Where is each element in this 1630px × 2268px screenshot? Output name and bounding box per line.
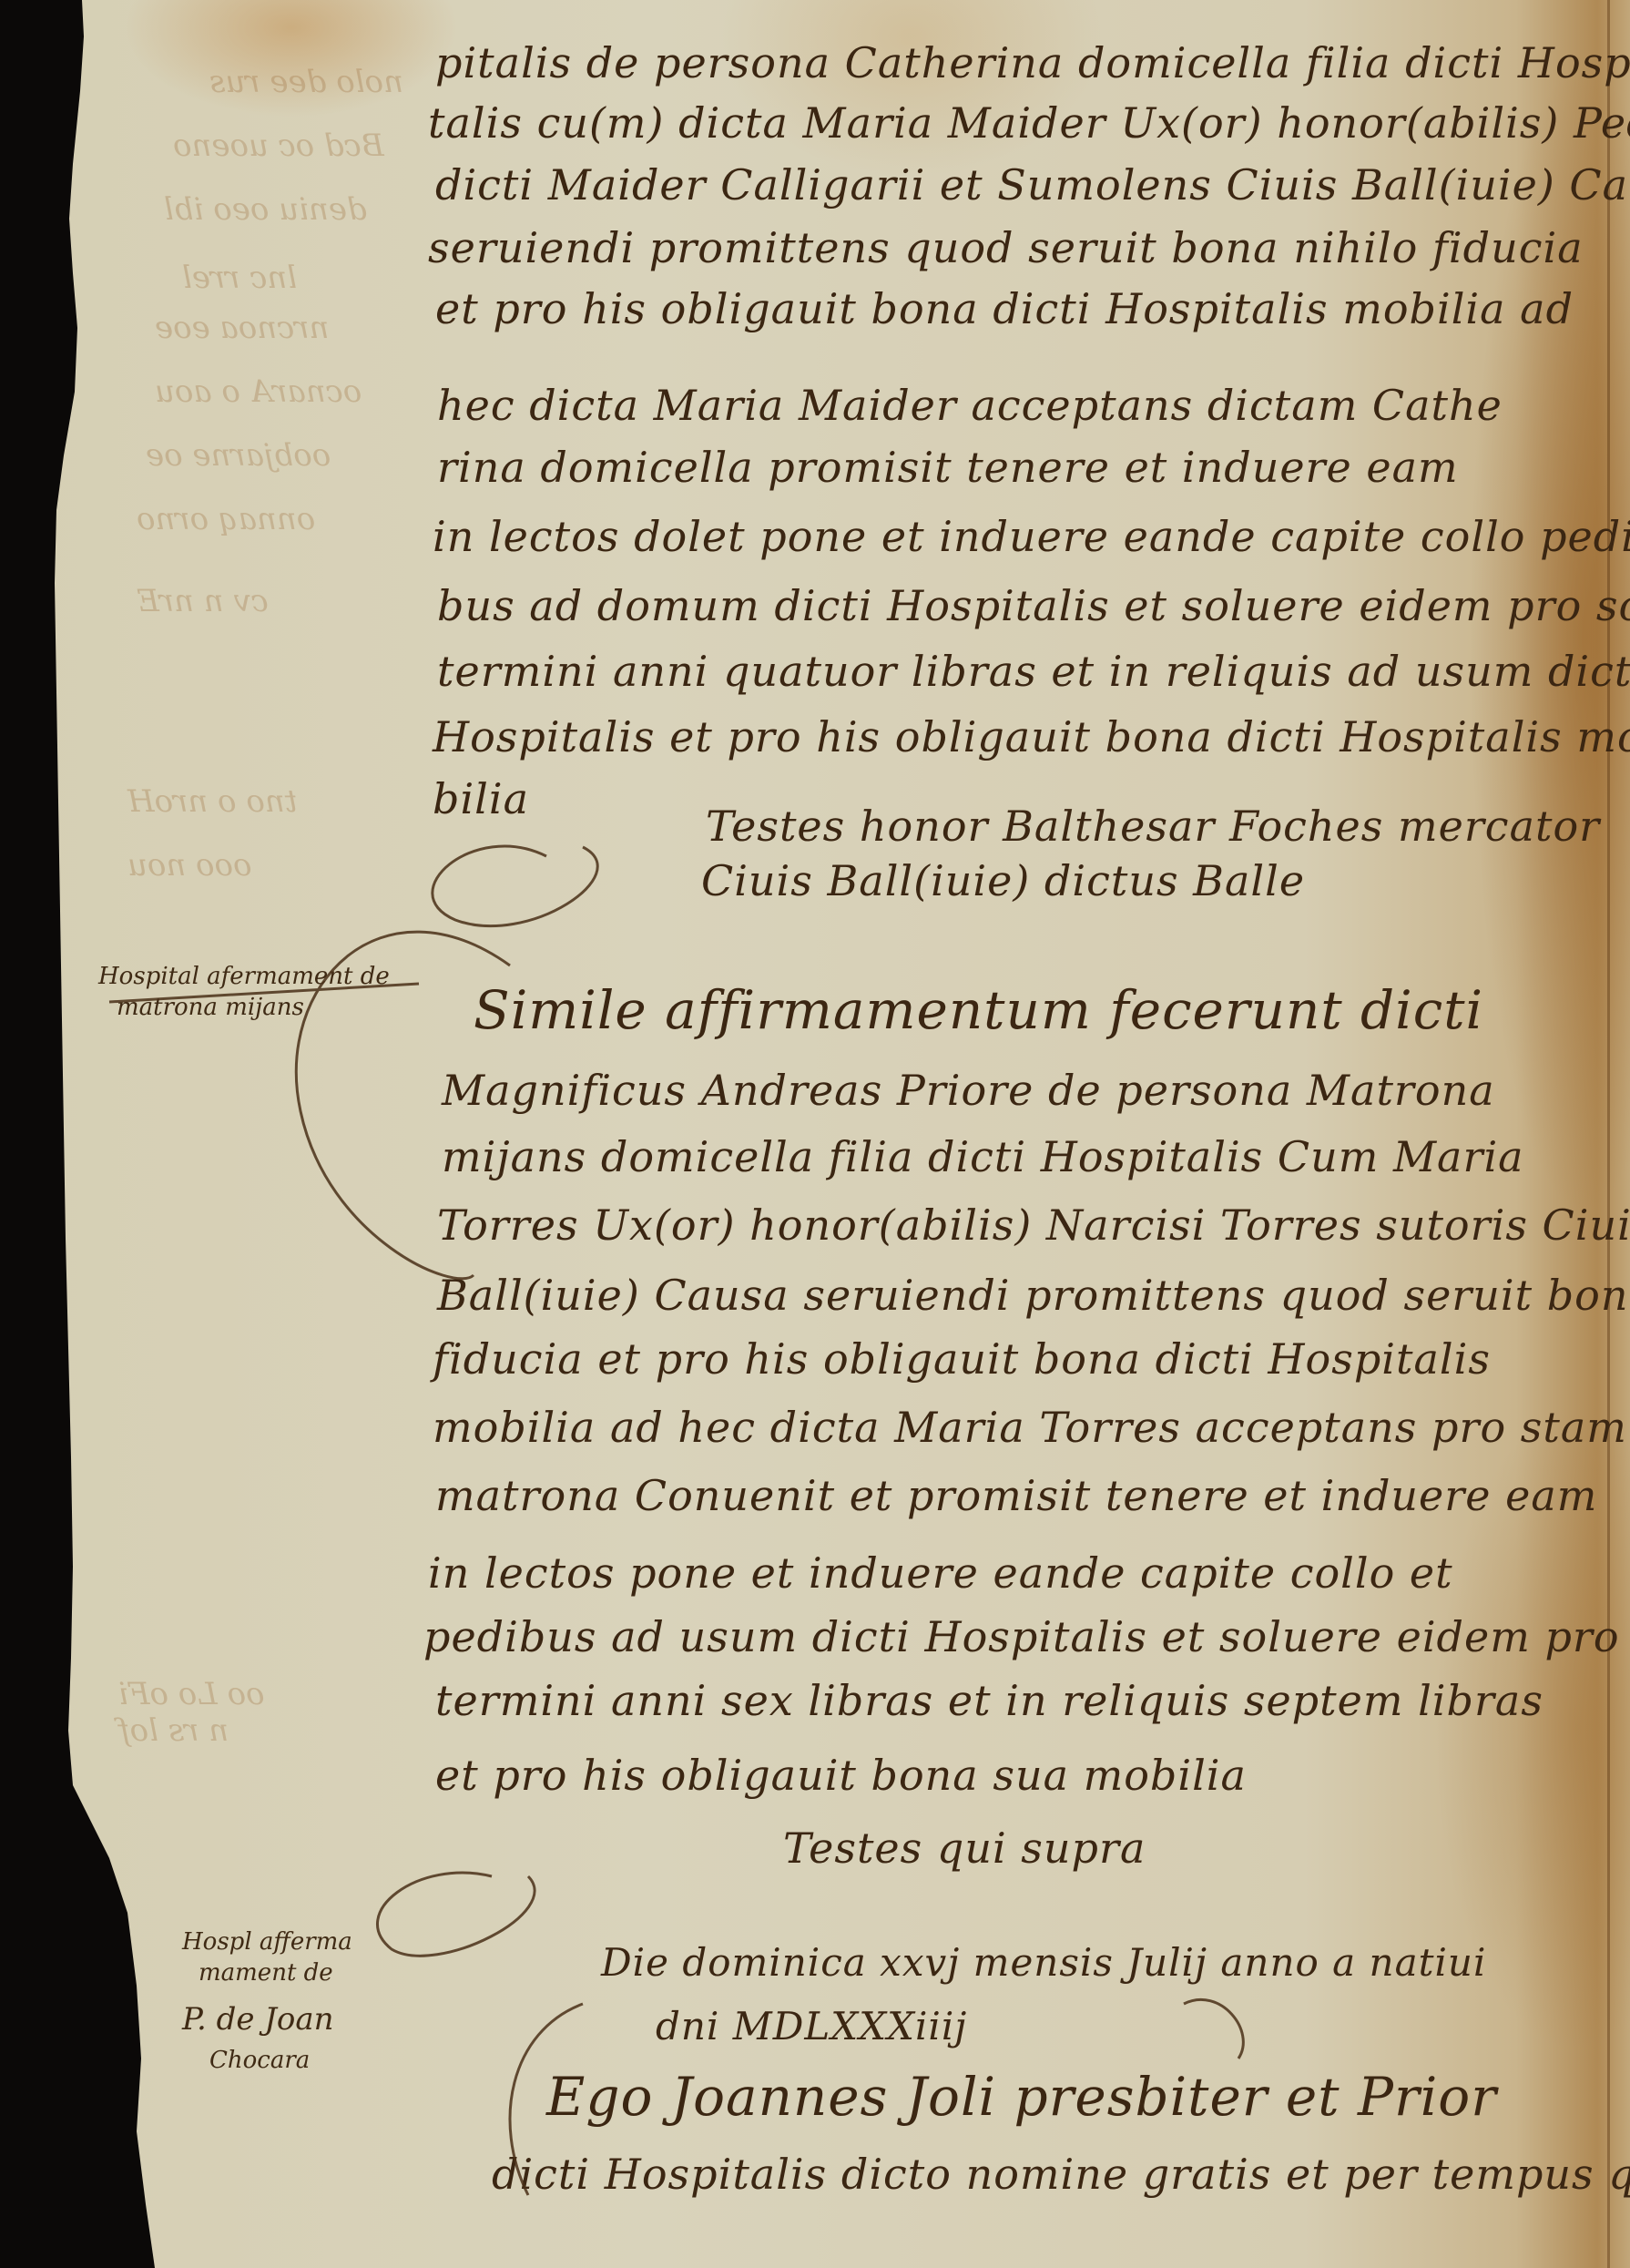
marginal-note-line: matrona mijans — [98, 992, 390, 1023]
bleed-through-text: Bcd oc uoeno — [173, 128, 384, 164]
bleed-through-text: oobjarne oe — [146, 437, 331, 474]
witness-line: Testes honor Balthesar Foches mercator — [706, 802, 1600, 851]
bleed-through-text: n rs lof — [118, 1712, 229, 1749]
text-line: et pro his obligauit bona sua mobilia — [435, 1751, 1247, 1800]
text-line: dicti Hospitalis dicto nomine gratis et … — [492, 2150, 1630, 2199]
bleed-through-text: ooo nou — [127, 847, 251, 884]
bleed-through-text: tno o nroH — [127, 783, 297, 820]
bleed-through-text: oo Lo oFi — [118, 1676, 265, 1712]
text-line: hec dicta Maria Maider acceptans dictam … — [437, 381, 1503, 430]
bleed-through-text: nolo dee rus — [209, 64, 403, 100]
entry-heading-line: Simile affirmamentum fecerunt dicti — [474, 979, 1483, 1041]
text-line: Ball(iuie) Causa seruiendi promittens qu… — [437, 1271, 1630, 1320]
bleed-through-text: deniu oeo ibl — [164, 191, 367, 228]
bleed-through-text: cv n nrE — [137, 583, 269, 619]
bleed-through-text: onnaq orno — [137, 501, 315, 537]
binding-fold — [1607, 0, 1610, 2268]
text-line: Magnificus Andreas Priore de persona Mat… — [442, 1066, 1495, 1115]
text-line: in lectos dolet pone et induere eande ca… — [433, 512, 1630, 561]
text-line: termini anni sex libras et in reliquis s… — [435, 1676, 1543, 1725]
text-line: bus ad domum dicti Hospitalis et soluere… — [437, 581, 1630, 630]
text-line: mobilia ad hec dicta Maria Torres accept… — [433, 1403, 1627, 1452]
text-line: et pro his obligauit bona dicti Hospital… — [435, 284, 1574, 333]
text-line: dicti Maider Calligarii et Sumolens Ciui… — [435, 160, 1630, 209]
marginal-note-line: Hospital afermament de — [98, 961, 390, 992]
marginal-note-line: mament de — [182, 1957, 352, 1988]
text-line: termini anni quatuor libras et in reliqu… — [437, 647, 1630, 696]
text-line: talis cu(m) dicta Maria Maider Ux(or) ho… — [428, 98, 1630, 148]
marginal-note-hospital-afferma: Hospl afferma mament de P. de Joan Choca… — [182, 1926, 352, 2076]
text-line: in lectos pone et induere eande capite c… — [428, 1548, 1453, 1598]
text-line: mijans domicella filia dicti Hospitalis … — [442, 1132, 1524, 1181]
text-line: Torres Ux(or) honor(abilis) Narcisi Torr… — [437, 1200, 1630, 1250]
marginal-note-line: Hospl afferma — [182, 1926, 352, 1957]
witness-line: Testes qui supra — [783, 1824, 1146, 1873]
marginal-note-line: P. de Joan — [182, 1988, 352, 2045]
text-line: fiducia et pro his obligauit bona dicti … — [433, 1334, 1491, 1384]
text-line: rina domicella promisit tenere et induer… — [437, 443, 1459, 492]
bleed-through-text: nrcnoa eoe — [155, 310, 329, 346]
bleed-through-text: ocnarA o aou — [155, 373, 362, 410]
text-line: pitalis de persona Catherina domicella f… — [435, 38, 1630, 87]
text-line: matrona Conuenit et promisit tenere et i… — [435, 1471, 1597, 1520]
text-line: Hospitalis et pro his obligauit bona dic… — [433, 712, 1630, 761]
witness-line: Ciuis Ball(iuie) dictus Balle — [701, 856, 1305, 905]
bleed-through-text: lnc rrel — [182, 260, 297, 296]
date-line: Die dominica xxvj mensis Julij anno a na… — [601, 1940, 1486, 1985]
marginal-note-line: Chocara — [182, 2045, 352, 2076]
text-line: pedibus ad usum dicti Hospitalis et solu… — [423, 1612, 1630, 1661]
marginal-note-hospital-afermament: Hospital afermament de matrona mijans — [98, 961, 390, 1023]
date-line: dni MDLXXXiiij — [656, 2004, 967, 2048]
text-line: bilia — [433, 774, 529, 823]
text-line: seruiendi promittens quod seruit bona ni… — [428, 223, 1584, 272]
text-line: Ego Joannes Joli presbiter et Prior — [546, 2066, 1497, 2128]
